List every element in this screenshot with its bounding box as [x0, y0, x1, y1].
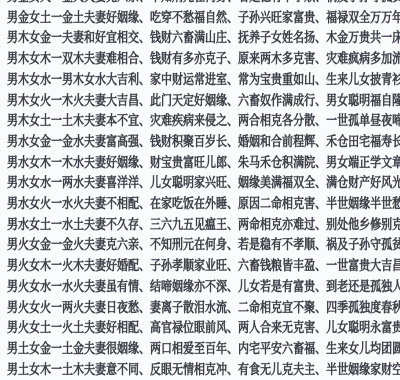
- verse-row: 男金女土一金土夫妻好姻缘、吃穿不愁福自然、子孙兴旺家富贵、福禄双全万万年: [7, 9, 400, 28]
- verse-row: 男火女土一火土夫妻好相配、高官禄位眼前风、两人合来无克害、儿女聪明永富贵: [7, 319, 400, 338]
- verse-row: 男水女土一水土夫妻不久存、三六九五见瘟王、两命相克亦难过、别处他乡修别克: [7, 216, 400, 235]
- verse-row: 男土女金一土金夫妻很姻缘、两口相爱至百年、内宅平安六畜福、生来女儿均团圆: [7, 340, 400, 359]
- verse-row: 男水女木一木水夫妻好姻缘、财宝贵富旺儿郎、朱马禾仓积满院、男女端正学文章: [7, 154, 400, 173]
- verse-row-clipped-bottom: 男土女木一土木夫妻意不同、反眼无情相克冲、有食无儿克夫主、半世姻缘家财空: [7, 361, 400, 380]
- verse-row: 男木女火一木火夫妻大吉昌、此门天定好姻缘、六畜奴作满成行、男女聪明福自隆: [7, 92, 400, 111]
- verse-row: 男火女木一火木夫妻好婚配、子孙孝顺家业旺、六畜钱粮皆丰盈、一世富贵大吉昌: [7, 257, 400, 276]
- verse-page: 男金女火一金火夫妻克六亲、不知刑元在何身、若是稳有不孝顺、祸及子孙守孤贫 男金女…: [0, 0, 400, 380]
- verse-row: 男火女水一水火夫妻虽有情、结啼姻缘亦不深、儿女若是有富贵、到老还是孤独人: [7, 278, 400, 297]
- verse-row: 男木女木一双木夫妻难相合、钱财有多亦克子、原来两木多克害、灾难疯病多加流: [7, 50, 400, 69]
- verse-row: 男水女水一两水夫妻喜洋洋、儿女聪明家兴旺、姻缘美满福双全、满仓财产好风光: [7, 174, 400, 193]
- verse-row: 男木女土一土木夫妻本不宜、灾难疾病来侵之、两合相克各分散、一世孤单昼夜啼: [7, 112, 400, 131]
- verse-row: 男水女火一水火夫妻不相配、在家吃饭在外睡、原因二命相克害、半世姻缘半世愁: [7, 195, 400, 214]
- verse-row: 男木女金一夫妻和好宜相交、钱财六畜满山庄、抚养子女姓名扬、木金万贵共一床: [7, 29, 400, 48]
- verse-row: 男水女金一金水夫妻富高强、钱财积聚百岁长、婚姻和合前程辉、禾仓田宅福寿长: [7, 133, 400, 152]
- verse-row: 男火女火一两火夫妻日夜愁、妻离子散泪水流、二命相克宜不聚、四季孤独度春秋: [7, 299, 400, 318]
- verse-row: 男木女水一男木女水大吉利、家中财运常进室、常为宝贵重如山、生来儿女披青衫: [7, 71, 400, 90]
- verse-row-clipped-top: 男金女火一金火夫妻克六亲、不知刑元在何身、若是稳有不孝顺、祸及子孙守孤贫: [7, 0, 400, 7]
- verse-row: 男火女金一金火夫妻克六亲、不知刑元在何身、若是稳有不孝顺、祸及子孙守孤贫: [7, 236, 400, 255]
